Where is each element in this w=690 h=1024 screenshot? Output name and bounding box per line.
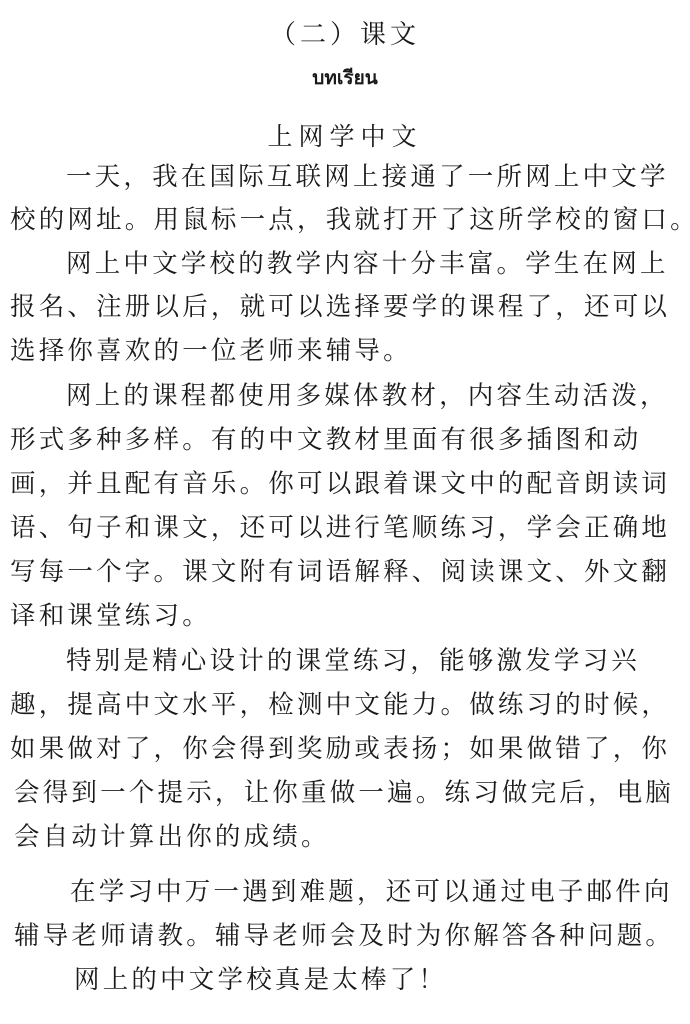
text-line: 写每一个字。课文附有词语解释、阅读课文、外文翻 [10, 557, 670, 587]
text-line: 会得到一个提示，让你重做一遍。练习做完后，电脑 [14, 778, 674, 808]
text-line: 网上中文学校的教学内容十分丰富。学生在网上 [66, 249, 669, 279]
text-line: 报名、注册以后，就可以选择要学的课程了，还可以 [10, 292, 670, 322]
text-line: 特别是精心设计的课堂练习，能够激发学习兴 [66, 646, 640, 676]
text-line: 网上的课程都使用多媒体教材，内容生动活泼， [66, 381, 669, 411]
text-line: 网上的中文学校真是太棒了！ [74, 965, 447, 995]
text-line: 画，并且配有音乐。你可以跟着课文中的配音朗读词 [10, 469, 670, 499]
text-line: 如果做对了，你会得到奖励或表扬；如果做错了，你 [10, 734, 670, 764]
text-line: 在学习中万一遇到难题，还可以通过电子邮件向 [70, 877, 673, 907]
text-line: 辅导老师请教。辅导老师会及时为你解答各种问题。 [14, 921, 674, 951]
text-line: 校的网址。用鼠标一点，我就打开了这所学校的窗口。 [10, 205, 690, 235]
section-title: （二）课文 [0, 14, 690, 51]
text-line: 会自动计算出你的成绩。 [14, 822, 330, 852]
thai-subtitle: บทเรียน [0, 63, 690, 93]
text-line: 选择你喜欢的一位老师来辅导。 [10, 336, 412, 366]
text-line: 形式多种多样。有的中文教材里面有很多插图和动 [10, 425, 641, 455]
text-line: 语、句子和课文，还可以进行笔顺练习，学会正确地 [10, 513, 670, 543]
lesson-title: 上网学中文 [0, 117, 690, 153]
text-line: 一天，我在国际互联网上接通了一所网上中文学 [66, 162, 669, 192]
text-line: 译和课堂练习。 [10, 601, 211, 631]
textbook-page: （二）课文 บทเรียน 上网学中文 一天，我在国际互联网上接通了一所网上中文… [0, 0, 690, 1024]
text-line: 趣，提高中文水平，检测中文能力。做练习的时候， [10, 690, 670, 720]
